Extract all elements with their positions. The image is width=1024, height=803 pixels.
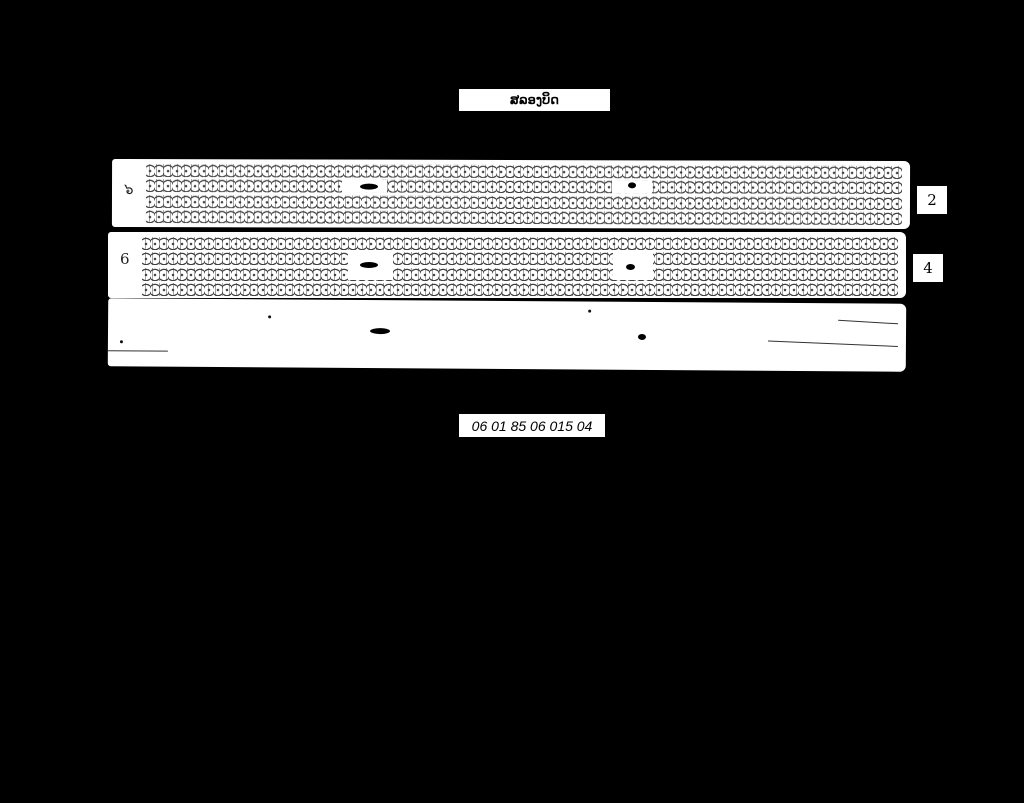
string-hole [628,182,636,188]
string-hole [360,184,378,190]
text-line [146,179,902,194]
speck [588,310,591,313]
speck [268,315,271,318]
crack-line [838,320,898,325]
page-marker-4: 4 [913,254,943,282]
string-hole [626,264,635,270]
text-line [146,164,902,179]
text-line [142,283,898,296]
palm-leaf-3-blank [108,298,906,372]
text-line [142,237,898,250]
manuscript-title-label: ສລອງບິດ [459,89,610,111]
string-hole [638,334,646,340]
text-line [146,195,902,210]
crack-line [768,341,898,347]
leaf-side-number: 6 [120,250,130,268]
string-hole [360,262,378,268]
manuscript-id-label: 06 01 85 06 015 04 [459,414,605,437]
text-line [146,210,902,225]
text-line [142,268,898,281]
page-marker-2: 2 [917,186,947,214]
palm-leaf-2: 6 [108,232,906,298]
leaf-side-number: ๖ [124,177,134,201]
speck [120,340,123,343]
text-line [142,252,898,265]
palm-leaf-1: ๖ [112,159,910,229]
string-hole [370,328,390,334]
crack-line [108,350,168,351]
